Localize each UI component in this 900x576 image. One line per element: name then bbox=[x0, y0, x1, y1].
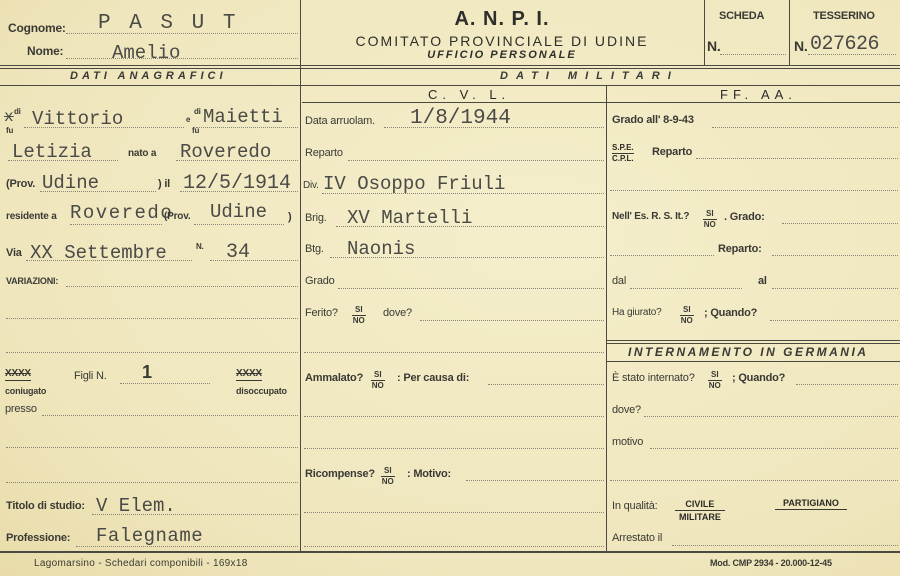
prov-value[interactable]: Udine bbox=[42, 172, 99, 194]
section-internamento: INTERNAMENTO IN GERMANIA bbox=[628, 345, 868, 359]
rsi-si-no[interactable]: SINO bbox=[703, 209, 717, 230]
divider-left-middle bbox=[300, 0, 301, 552]
al-label: al bbox=[758, 275, 767, 287]
rsi-label: Nell' Es. R. S. It.? bbox=[612, 211, 689, 222]
prov2-field-line bbox=[194, 224, 284, 225]
coniugato-label: coniugato bbox=[5, 386, 46, 396]
scheda-label: SCHEDA bbox=[719, 10, 764, 22]
office-title: UFFICIO PERSONALE bbox=[302, 49, 702, 61]
causa-line[interactable] bbox=[488, 384, 604, 385]
ferito-label: Ferito? bbox=[305, 307, 338, 319]
variazioni-line-2[interactable] bbox=[6, 318, 298, 319]
mother-prefix: di bbox=[194, 107, 201, 116]
figli-field-line bbox=[120, 383, 210, 384]
residente-value[interactable]: Roveredo bbox=[70, 202, 173, 224]
divider-scheda bbox=[704, 0, 705, 66]
nome-value[interactable]: Amelio bbox=[112, 42, 180, 64]
tesserino-label: TESSERINO bbox=[813, 10, 875, 22]
residente-field-line bbox=[70, 224, 162, 225]
rule-internamento-2 bbox=[606, 343, 900, 344]
section-dati-militari: DATI MILITARI bbox=[500, 70, 679, 82]
internato-dove-label: dove? bbox=[612, 404, 641, 416]
section-dati-anagrafici: DATI ANAGRAFICI bbox=[70, 70, 227, 82]
data-arruolam-label: Data arruolam. bbox=[305, 115, 375, 127]
footer-printer: Lagomarsino - Schedari componibili - 169… bbox=[34, 558, 248, 569]
prov2-label: (Prov. bbox=[164, 211, 190, 222]
partigiano-option[interactable]: PARTIGIANO bbox=[775, 498, 847, 510]
father-value[interactable]: Vittorio bbox=[32, 108, 123, 130]
internato-label: È stato internato? bbox=[612, 372, 695, 384]
titolo-value[interactable]: V Elem. bbox=[96, 495, 176, 517]
cvl-blank-line-3[interactable] bbox=[304, 448, 604, 449]
qualita-label: In qualità: bbox=[612, 500, 658, 512]
section-ffaa: FF. AA. bbox=[720, 87, 797, 102]
header-block: A. N. P. I. COMITATO PROVINCIALE DI UDIN… bbox=[302, 8, 702, 61]
residente-label: residente a bbox=[6, 211, 57, 222]
rule-top-2 bbox=[0, 68, 900, 69]
blank-line-1[interactable] bbox=[6, 447, 298, 448]
tesserino-n-label: N. bbox=[794, 38, 808, 54]
giurato-si-no[interactable]: SINO bbox=[680, 305, 694, 326]
div-label: Div. bbox=[303, 180, 319, 191]
tesserino-value[interactable]: 027626 bbox=[810, 33, 879, 56]
birth-date[interactable]: 12/5/1914 bbox=[183, 172, 291, 195]
grado-8943-line[interactable] bbox=[712, 127, 898, 128]
cognome-value[interactable]: P A S U T bbox=[98, 12, 238, 35]
prov2-close: ) bbox=[288, 211, 291, 223]
father-fu: fu bbox=[6, 126, 13, 135]
btg-value[interactable]: Naonis bbox=[347, 238, 415, 260]
disoccupato-label: disoccupato bbox=[236, 386, 287, 396]
divider-middle-right bbox=[606, 86, 607, 552]
ammalato-si-no[interactable]: SINO bbox=[371, 370, 385, 391]
rule-internamento-3 bbox=[606, 361, 900, 362]
internato-quando-line[interactable] bbox=[796, 384, 898, 385]
data-arruolam-value[interactable]: 1/8/1944 bbox=[410, 107, 511, 130]
internato-motivo-label: motivo bbox=[612, 436, 643, 448]
presso-field-line[interactable] bbox=[42, 415, 298, 416]
internato-motivo-line[interactable] bbox=[650, 448, 898, 449]
blank-line-2[interactable] bbox=[6, 482, 298, 483]
ammalato-label: Ammalato? bbox=[305, 372, 363, 384]
reparto-line[interactable] bbox=[348, 160, 604, 161]
internato-quando-label: ; Quando? bbox=[732, 372, 785, 384]
committee-title: COMITATO PROVINCIALE DI UDINE bbox=[302, 33, 702, 49]
rule-sections bbox=[0, 85, 900, 86]
professione-value[interactable]: Falegname bbox=[96, 525, 203, 547]
brig-label: Brig. bbox=[305, 212, 327, 224]
rule-subsections bbox=[302, 102, 900, 103]
scheda-field-line bbox=[720, 54, 786, 55]
ferito-si-no[interactable]: SINO bbox=[352, 305, 366, 326]
al-line[interactable] bbox=[772, 288, 898, 289]
rule-internamento-1 bbox=[606, 340, 900, 341]
cvl-blank-line-2[interactable] bbox=[304, 416, 604, 417]
internato-si-no[interactable]: SINO bbox=[708, 370, 722, 391]
giurato-quando-label: ; Quando? bbox=[704, 307, 757, 319]
figli-label: Figli N. bbox=[74, 370, 107, 382]
org-title: A. N. P. I. bbox=[302, 8, 702, 31]
scheda-n-label: N. bbox=[707, 38, 721, 54]
variazioni-label: VARIAZIONI: bbox=[6, 276, 58, 286]
coniugato-struck: XXXX bbox=[5, 368, 31, 381]
dove-label: dove? bbox=[383, 307, 412, 319]
father-prefix: di bbox=[14, 107, 21, 116]
ffaa-blank-line-1[interactable] bbox=[610, 190, 898, 191]
rule-top-1 bbox=[0, 65, 900, 66]
motivo-line[interactable] bbox=[466, 480, 604, 481]
nato-value[interactable]: Roveredo bbox=[180, 141, 271, 163]
causa-label: : Per causa di: bbox=[397, 372, 469, 384]
internamento-blank-line[interactable] bbox=[610, 480, 898, 481]
mother-value[interactable]: Maietti bbox=[203, 106, 283, 128]
spe-cpl-fraction[interactable]: S.P.E. C.P.L. bbox=[612, 143, 634, 164]
numero-label: N. bbox=[196, 242, 204, 251]
div-value[interactable]: IV Osoppo Friuli bbox=[323, 173, 505, 195]
figli-value[interactable]: 1 bbox=[142, 362, 152, 383]
grado-label: Grado bbox=[305, 275, 335, 287]
rsi-grado-label: . Grado: bbox=[724, 211, 765, 223]
giurato-quando-line[interactable] bbox=[770, 320, 898, 321]
dove-line[interactable] bbox=[420, 320, 604, 321]
via-value[interactable]: XX Settembre bbox=[30, 242, 167, 264]
cvl-blank-line-1[interactable] bbox=[304, 352, 604, 353]
reparto-label: Reparto bbox=[305, 147, 343, 159]
divider-tesserino bbox=[789, 0, 790, 66]
cognome-label: Cognome: bbox=[8, 21, 66, 35]
presso-label: presso bbox=[5, 403, 37, 415]
via-label: Via bbox=[6, 247, 22, 259]
nome-label: Nome: bbox=[27, 44, 63, 58]
professione-label: Professione: bbox=[6, 532, 70, 544]
titolo-label: Titolo di studio: bbox=[6, 500, 85, 512]
brig-value[interactable]: XV Martelli bbox=[347, 207, 472, 229]
ffaa-reparto-label: Reparto bbox=[652, 146, 692, 158]
father-prefix-struck: x bbox=[4, 108, 14, 126]
arrestato-line[interactable] bbox=[672, 545, 898, 546]
variazioni-line-1[interactable] bbox=[66, 286, 298, 287]
ricompense-si-no[interactable]: SINO bbox=[381, 466, 395, 487]
rule-bottom bbox=[0, 551, 900, 553]
rsi-reparto-pre-line[interactable] bbox=[610, 255, 714, 256]
rsi-reparto-line[interactable] bbox=[772, 255, 898, 256]
dal-label: dal bbox=[612, 275, 626, 287]
anpi-personnel-card: Cognome: P A S U T Nome: Amelio A. N. P.… bbox=[0, 0, 900, 576]
prov2-value[interactable]: Udine bbox=[210, 201, 267, 223]
motivo-label: : Motivo: bbox=[407, 468, 451, 480]
cvl-blank-line-5[interactable] bbox=[304, 546, 604, 547]
internato-dove-line[interactable] bbox=[644, 416, 898, 417]
ffaa-reparto-line[interactable] bbox=[696, 158, 898, 159]
nato-label: nato a bbox=[128, 148, 156, 159]
and-label: e bbox=[186, 115, 190, 124]
btg-label: Btg. bbox=[305, 243, 324, 255]
variazioni-line-3[interactable] bbox=[6, 352, 298, 353]
arrestato-label: Arrestato il bbox=[612, 532, 662, 544]
footer-model: Mod. CMP 2934 - 20.000-12-45 bbox=[710, 558, 832, 568]
grado-line[interactable] bbox=[338, 288, 604, 289]
ricompense-label: Ricompense? bbox=[305, 468, 375, 480]
disoccupato-struck: XXXX bbox=[236, 368, 262, 381]
dal-line[interactable] bbox=[630, 288, 742, 289]
grado-8943-label: Grado all' 8-9-43 bbox=[612, 114, 694, 126]
rsi-grado-line[interactable] bbox=[782, 223, 898, 224]
nome-field-line bbox=[66, 58, 298, 59]
section-cvl: C. V. L. bbox=[428, 87, 510, 102]
numero-value[interactable]: 34 bbox=[226, 241, 250, 264]
rsi-reparto-label: Reparto: bbox=[718, 243, 762, 255]
cvl-blank-line-4[interactable] bbox=[304, 512, 604, 513]
mother-value-2[interactable]: Letizia bbox=[12, 141, 92, 163]
numero-field-line bbox=[210, 260, 298, 261]
civile-militare-fraction[interactable]: CIVILE MILITARE bbox=[675, 498, 725, 523]
il-label: ) il bbox=[158, 178, 170, 190]
giurato-label: Ha giurato? bbox=[612, 307, 662, 318]
prov-label: (Prov. bbox=[6, 178, 35, 190]
